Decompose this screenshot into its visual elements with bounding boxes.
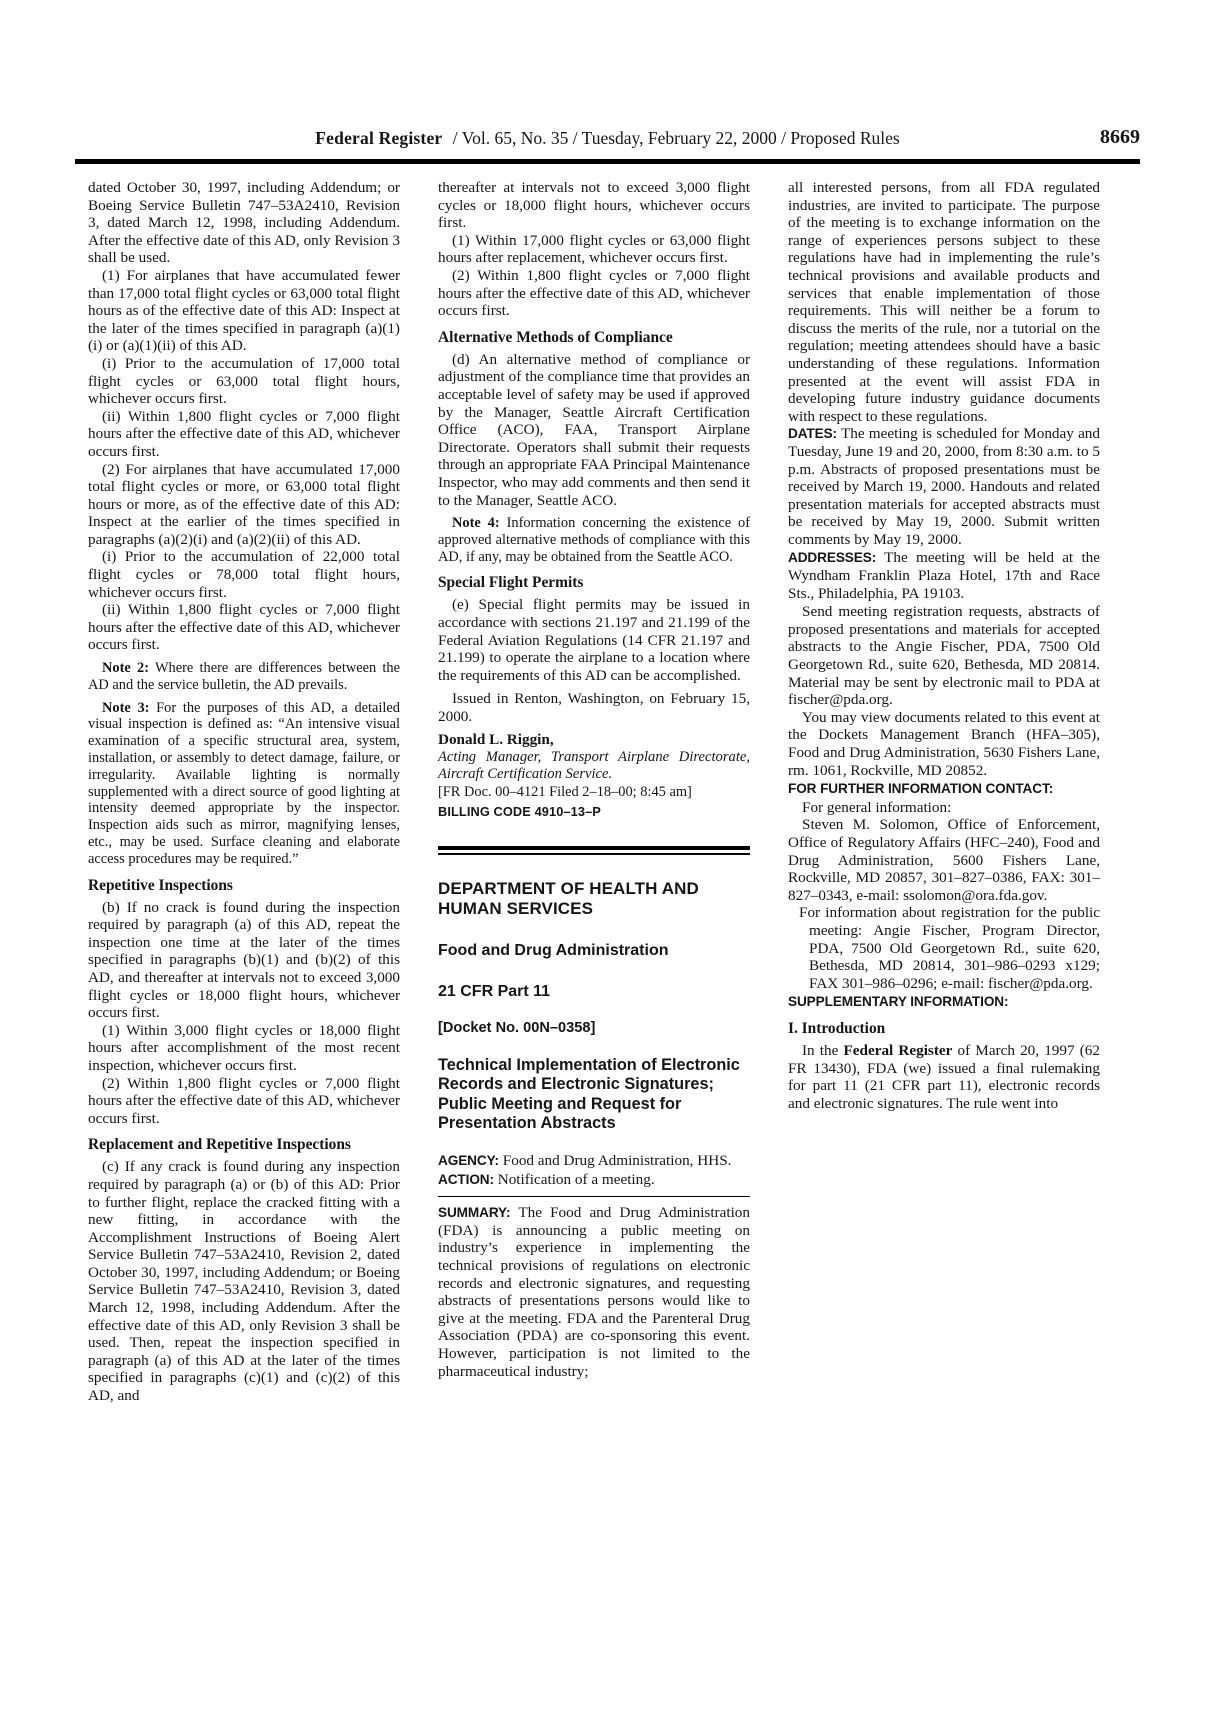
supplementary-label: SUPPLEMENTARY INFORMATION: [788, 994, 1008, 1009]
summary-separator-rule [438, 1196, 750, 1197]
section-heading-repetitive-inspections: Repetitive Inspections [88, 877, 400, 895]
docket-number: [Docket No. 00N–0358] [438, 1019, 750, 1037]
summary-field: SUMMARY: The Food and Drug Administratio… [438, 1204, 750, 1380]
ad-paragraph: (1) Within 17,000 flight cycles or 63,00… [438, 232, 750, 267]
page-header: Federal Register / Vol. 65, No. 35 / Tue… [75, 128, 1140, 154]
department-heading: DEPARTMENT OF HEALTH AND HUMAN SERVICES [438, 879, 750, 920]
note-label: Note 4: [452, 515, 500, 531]
ad-paragraph: (1) For airplanes that have accumulated … [88, 267, 400, 355]
note-3: Note 3: For the purposes of this AD, a d… [88, 700, 400, 868]
ad-paragraph: (ii) Within 1,800 flight cycles or 7,000… [88, 601, 400, 654]
dates-label: DATES: [788, 426, 837, 441]
fr-doc-line: [FR Doc. 00–4121 Filed 2–18–00; 8:45 am] [438, 783, 750, 801]
column-2: thereafter at intervals not to exceed 3,… [438, 179, 750, 1381]
dockets-paragraph: You may view documents related to this e… [788, 709, 1100, 779]
federal-register-bold: Federal Register [844, 1042, 953, 1059]
ad-paragraph: (b) If no crack is found during the insp… [88, 899, 400, 1022]
dates-field: DATES: The meeting is scheduled for Mond… [788, 425, 1100, 548]
agency-field: AGENCY: Food and Drug Administration, HH… [438, 1152, 750, 1170]
ad-paragraph: (1) Within 3,000 flight cycles or 18,000… [88, 1022, 400, 1075]
action-field: ACTION: Notification of a meeting. [438, 1171, 750, 1189]
header-rule [75, 159, 1140, 164]
ad-paragraph: dated October 30, 1997, including Addend… [88, 179, 400, 267]
section-separator-rule [438, 846, 750, 855]
signature-title: Acting Manager, Transport Airplane Direc… [438, 749, 750, 783]
section-heading-replacement-inspections: Replacement and Repetitive Inspections [88, 1136, 400, 1154]
agency-value: Food and Drug Administration, HHS. [499, 1152, 731, 1169]
note-2: Note 2: Where there are differences betw… [88, 660, 400, 694]
document-title: Technical Implementation of Electronic R… [438, 1056, 750, 1134]
column-3: all interested persons, from all FDA reg… [788, 179, 1100, 1112]
contact-label: FOR FURTHER INFORMATION CONTACT: [788, 781, 1053, 796]
section-heading-alternative-methods: Alternative Methods of Compliance [438, 329, 750, 347]
issue-citation: / Vol. 65, No. 35 / Tuesday, February 22… [453, 128, 900, 148]
billing-code: BILLING CODE 4910–13–P [438, 804, 750, 820]
page-number: 8669 [1100, 126, 1140, 149]
note-label: Note 2: [102, 660, 149, 676]
contact-solomon-paragraph: Steven M. Solomon, Office of Enforcement… [788, 816, 1100, 904]
summary-label: SUMMARY: [438, 1205, 510, 1220]
journal-title: Federal Register [315, 128, 442, 148]
dates-value: The meeting is scheduled for Monday and … [788, 425, 1100, 548]
supplementary-field: SUPPLEMENTARY INFORMATION: [788, 993, 1100, 1011]
signature-name: Donald L. Riggin, [438, 731, 750, 749]
ad-paragraph: (e) Special flight permits may be issued… [438, 596, 750, 684]
section-heading-introduction: I. Introduction [788, 1020, 1100, 1038]
ad-paragraph: (2) For airplanes that have accumulated … [88, 461, 400, 549]
section-heading-special-flight-permits: Special Flight Permits [438, 574, 750, 592]
summary-continuation: all interested persons, from all FDA reg… [788, 179, 1100, 425]
addresses-label: ADDRESSES: [788, 550, 876, 565]
ad-paragraph: (i) Prior to the accumulation of 17,000 … [88, 355, 400, 408]
ad-paragraph: thereafter at intervals not to exceed 3,… [438, 179, 750, 232]
ad-paragraph: (ii) Within 1,800 flight cycles or 7,000… [88, 408, 400, 461]
ad-paragraph: (d) An alternative method of compliance … [438, 351, 750, 509]
note-text: For the purposes of this AD, a detailed … [88, 700, 400, 867]
general-info-line: For general information: [788, 799, 1100, 817]
ad-paragraph: (2) Within 1,800 flight cycles or 7,000 … [438, 267, 750, 320]
contact-fischer-paragraph: For information about registration for t… [809, 904, 1100, 992]
cfr-part-heading: 21 CFR Part 11 [438, 982, 750, 1001]
agency-heading: Food and Drug Administration [438, 941, 750, 960]
issued-line: Issued in Renton, Washington, on Februar… [438, 690, 750, 725]
ad-paragraph: (c) If any crack is found during any ins… [88, 1158, 400, 1404]
contact-field: FOR FURTHER INFORMATION CONTACT: [788, 780, 1100, 798]
agency-label: AGENCY: [438, 1153, 499, 1168]
federal-register-page: Federal Register / Vol. 65, No. 35 / Tue… [0, 0, 1214, 1719]
addresses-field: ADDRESSES: The meeting will be held at t… [788, 549, 1100, 602]
intro-text: In the [802, 1042, 844, 1059]
note-label: Note 3: [102, 700, 149, 716]
summary-value: The Food and Drug Administration (FDA) i… [438, 1204, 750, 1379]
action-value: Notification of a meeting. [494, 1171, 655, 1188]
ad-paragraph: (2) Within 1,800 flight cycles or 7,000 … [88, 1075, 400, 1128]
column-1: dated October 30, 1997, including Addend… [88, 179, 400, 1405]
action-label: ACTION: [438, 1172, 494, 1187]
introduction-paragraph: In the Federal Register of March 20, 199… [788, 1042, 1100, 1112]
registration-paragraph: Send meeting registration requests, abst… [788, 603, 1100, 709]
ad-paragraph: (i) Prior to the accumulation of 22,000 … [88, 548, 400, 601]
note-4: Note 4: Information concerning the exist… [438, 515, 750, 565]
